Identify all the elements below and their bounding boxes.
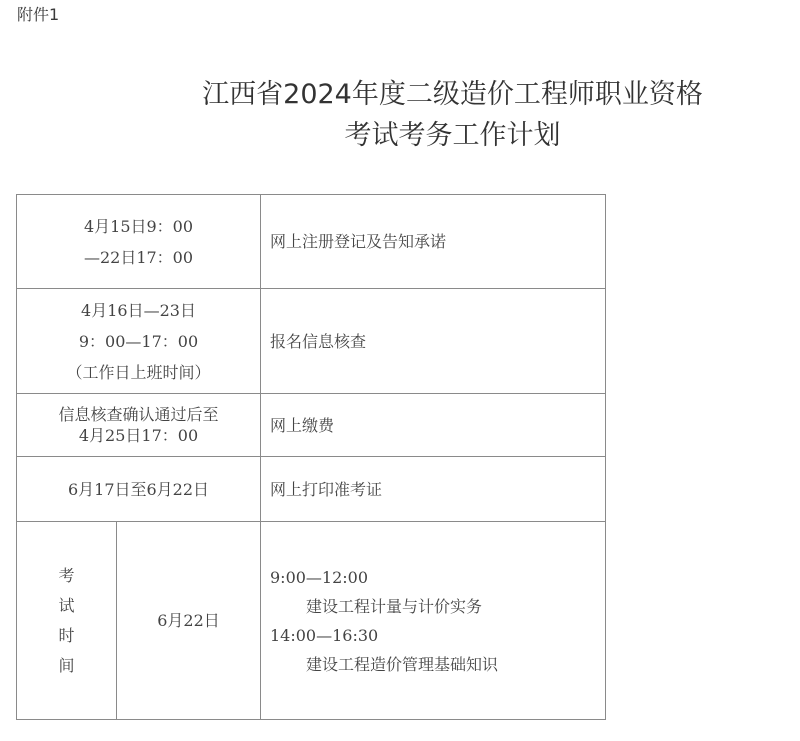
row3-time-line2: 4月25日17：00 bbox=[79, 425, 198, 446]
row1-task: 网上注册登记及告知承诺 bbox=[270, 226, 446, 257]
row2-task: 报名信息核查 bbox=[270, 326, 366, 357]
row4-task: 网上打印准考证 bbox=[270, 474, 382, 505]
document-title-line2: 考试考务工作计划 bbox=[0, 113, 800, 152]
row1-task-cell: 网上注册登记及告知承诺 bbox=[261, 195, 605, 288]
row1-time-cell: 4月15日9：00 —22日17：00 bbox=[17, 195, 260, 288]
exam-label-char: 间 bbox=[58, 651, 74, 681]
exam-session1-subject: 建设工程计量与计价实务 bbox=[270, 592, 482, 621]
exam-label-cell: 考 试 时 间 bbox=[17, 522, 116, 719]
row4-time-line1: 6月17日至6月22日 bbox=[68, 474, 209, 505]
row2-time-cell: 4月16日—23日 9：00—17：00 （工作日上班时间） bbox=[17, 289, 260, 393]
row1-time-line2: —22日17：00 bbox=[84, 242, 193, 273]
exam-session2-subject: 建设工程造价管理基础知识 bbox=[270, 650, 498, 679]
row3-time-cell: 信息核查确认通过后至 4月25日17：00 bbox=[17, 394, 260, 456]
row2-time-line3: （工作日上班时间） bbox=[66, 357, 210, 388]
attachment-label: 附件1 bbox=[17, 2, 59, 25]
schedule-table: 4月15日9：00 —22日17：00 网上注册登记及告知承诺 4月16日—23… bbox=[16, 194, 606, 720]
exam-label-char: 考 bbox=[58, 561, 74, 591]
row2-task-cell: 报名信息核查 bbox=[261, 289, 605, 393]
exam-label-char: 试 bbox=[58, 591, 74, 621]
row4-task-cell: 网上打印准考证 bbox=[261, 457, 605, 521]
row1-time-line1: 4月15日9：00 bbox=[84, 211, 193, 242]
row4-time-cell: 6月17日至6月22日 bbox=[17, 457, 260, 521]
exam-sessions-cell: 9:00—12:00 建设工程计量与计价实务 14:00—16:30 建设工程造… bbox=[261, 522, 605, 719]
row2-time-line1: 4月16日—23日 bbox=[81, 295, 196, 326]
exam-date-cell: 6月22日 bbox=[117, 522, 260, 719]
row3-task-cell: 网上缴费 bbox=[261, 394, 605, 456]
document-title-line1: 江西省2024年度二级造价工程师职业资格 bbox=[0, 72, 800, 111]
exam-date: 6月22日 bbox=[157, 605, 220, 636]
exam-session2-time: 14:00—16:30 bbox=[270, 621, 378, 650]
row3-task: 网上缴费 bbox=[270, 410, 334, 441]
row3-time-line1: 信息核查确认通过后至 bbox=[58, 404, 218, 425]
row2-time-line2: 9：00—17：00 bbox=[79, 326, 198, 357]
exam-label-char: 时 bbox=[58, 621, 74, 651]
exam-session1-time: 9:00—12:00 bbox=[270, 563, 368, 592]
